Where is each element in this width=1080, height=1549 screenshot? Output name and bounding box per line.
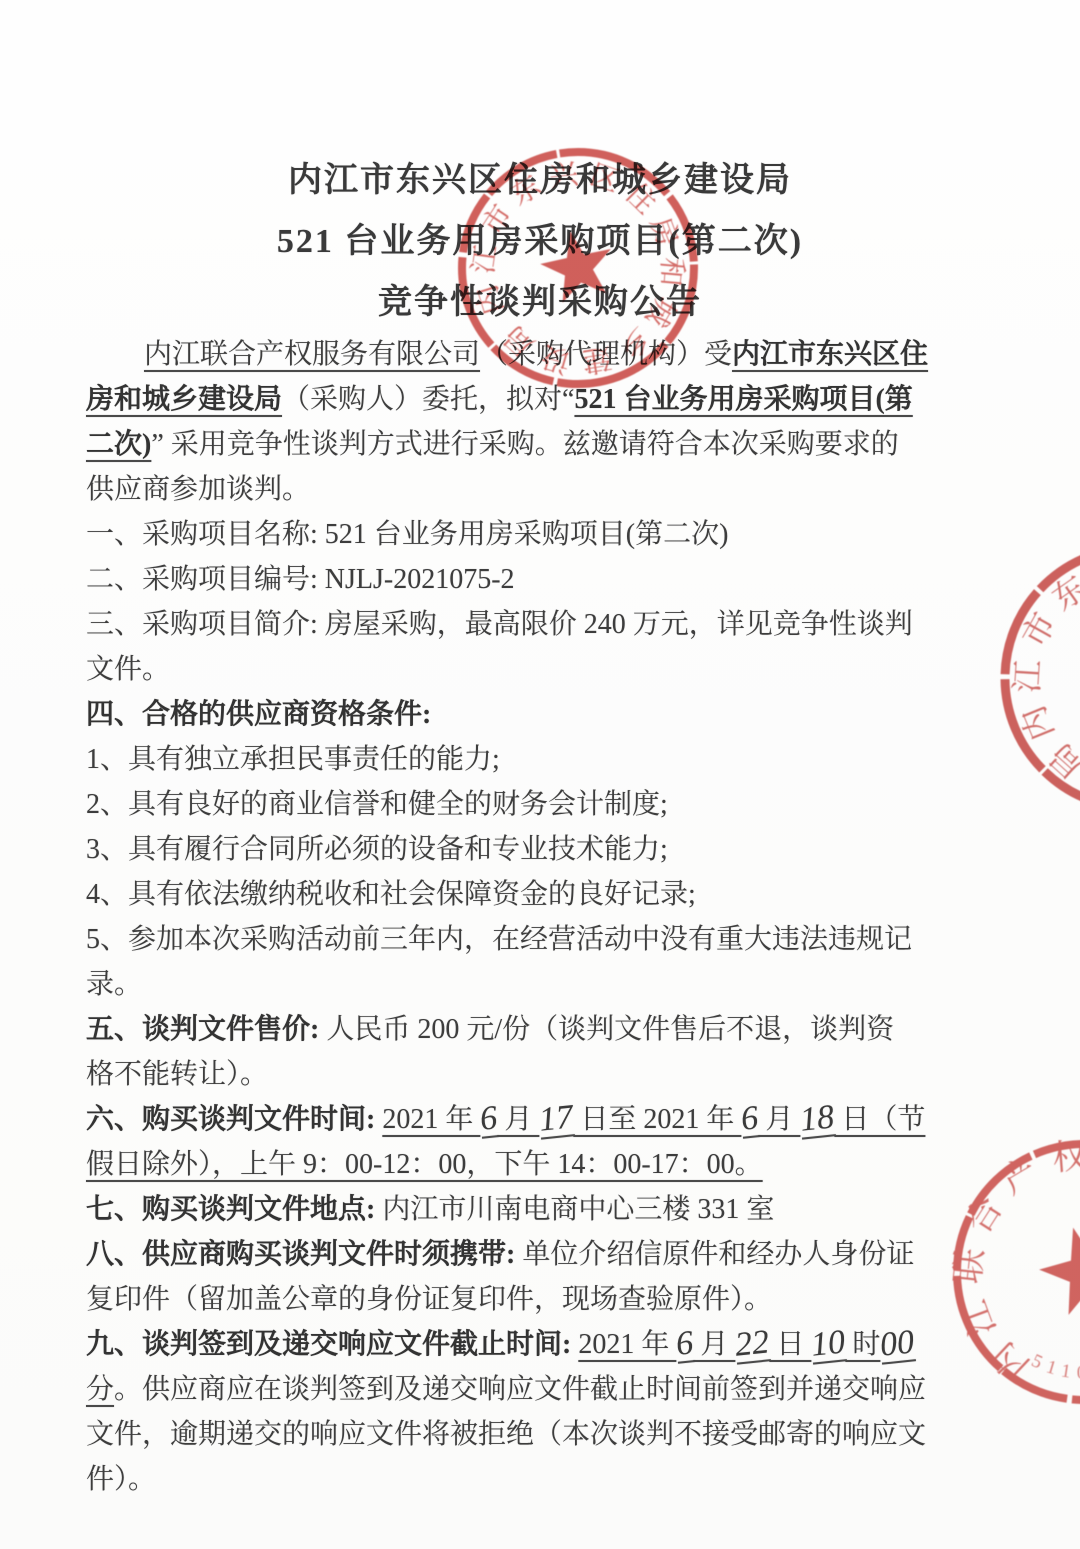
- handwritten-text: 17: [538, 1100, 575, 1137]
- text-segment: 复印件（留加盖公章的身份证复印件，现场查验原件）。: [86, 1284, 772, 1315]
- seal-ring-text: 内江市东兴区住房和城乡建设局: [985, 528, 1080, 828]
- text-segment: 七、购买谈判文件地点:: [86, 1194, 375, 1225]
- document-line: 1、具有独立承担民事责任的能力;: [86, 737, 916, 782]
- text-segment: 3、具有履行合同所必须的设备和专业技术能力;: [86, 834, 668, 865]
- text-segment: 2、具有良好的商业信誉和健全的财务会计制度;: [86, 789, 668, 820]
- text-segment: 六、购买谈判文件时间:: [86, 1104, 382, 1135]
- seal-ring: [957, 1144, 1080, 1400]
- document-line: 分。供应商应在谈判签到及递交响应文件截止时间前签到并递交响应: [86, 1367, 916, 1412]
- text-segment: （采购代理机构）受: [480, 339, 732, 370]
- document-line: 文件，逾期递交的响应文件将被拒绝（本次谈判不接受邮寄的响应文: [86, 1412, 916, 1457]
- document-line: 格不能转让）。: [86, 1052, 916, 1097]
- text-segment: 月: [497, 1104, 539, 1135]
- document-line: 六、购买谈判文件时间: 2021 年 6 月 17 日至 2021 年 6 月 …: [86, 1097, 916, 1142]
- text-segment: 月: [693, 1329, 735, 1360]
- text-segment: 时: [845, 1329, 880, 1360]
- document-line: 3、具有履行合同所必须的设备和专业技术能力;: [86, 827, 916, 872]
- document-line: 二次)” 采用竞争性谈判方式进行采购。兹邀请符合本次采购要求的: [86, 422, 916, 467]
- text-segment: 录。: [86, 969, 142, 1000]
- text-segment: 九、谈判签到及递交响应文件截止时间:: [86, 1329, 578, 1360]
- handwritten-text: 10: [810, 1325, 847, 1362]
- document-line: 文件。: [86, 647, 916, 692]
- text-segment: 八、供应商购买谈判文件时须携带:: [86, 1239, 515, 1270]
- document-line: 七、购买谈判文件地点: 内江市川南电商中心三楼 331 室: [86, 1187, 916, 1232]
- title-line-3: 竞争性谈判采购公告: [0, 272, 1080, 333]
- document-body: 内江联合产权服务有限公司（采购代理机构）受内江市东兴区住房和城乡建设局（采购人）…: [86, 332, 916, 1502]
- text-segment: 日: [769, 1329, 811, 1360]
- text-segment: 2021 年: [382, 1104, 480, 1135]
- document-line: 供应商参加谈判。: [86, 467, 916, 512]
- text-segment: 日至 2021 年: [573, 1104, 741, 1135]
- star-icon: [1031, 1216, 1080, 1319]
- document-line: 5、参加本次采购活动前三年内，在经营活动中没有重大违法违规记: [86, 917, 916, 962]
- text-segment: 单位介绍信原件和经办人身份证: [515, 1239, 914, 1270]
- document-line: 复印件（留加盖公章的身份证复印件，现场查验原件）。: [86, 1277, 916, 1322]
- text-segment: 。供应商应在谈判签到及递交响应文件截止时间前签到并递交响应: [114, 1374, 926, 1405]
- seal-ring: [1005, 548, 1080, 808]
- document-line: 二、采购项目编号: NJLJ-2021075-2: [86, 557, 916, 602]
- text-segment: 4、具有依法缴纳税收和社会保障资金的良好记录;: [86, 879, 696, 910]
- text-segment: 内江联合产权服务有限公司: [144, 339, 480, 370]
- text-segment: 五、谈判文件售价:: [86, 1014, 319, 1045]
- document-line: 内江联合产权服务有限公司（采购代理机构）受内江市东兴区住: [86, 332, 916, 377]
- text-segment: 月: [758, 1104, 800, 1135]
- text-segment: ” 采用竞争性谈判方式进行采购。兹邀请符合本次采购要求的: [151, 429, 898, 460]
- seal-code: 5110115: [1028, 1350, 1080, 1383]
- document-line: 录。: [86, 962, 916, 1007]
- document-line: 四、合格的供应商资格条件:: [86, 692, 916, 737]
- text-segment: 格不能转让）。: [86, 1059, 268, 1090]
- document-line: 房和城乡建设局（采购人）委托，拟对“521 台业务用房采购项目(第: [86, 377, 916, 422]
- document-page: 内江市东兴区住房和城乡建设局 521 台业务用房采购项目(第二次) 竞争性谈判采…: [0, 0, 1080, 1549]
- text-segment: 内江市川南电商中心三楼 331 室: [375, 1194, 774, 1225]
- seal-ring-text: 内江联合产权服务有限公司: [923, 1110, 1080, 1434]
- document-line: 假日除外），上午 9：00-12：00，下午 14：00-17：00。: [86, 1142, 916, 1187]
- text-segment: （采购人）委托，拟对“: [282, 384, 574, 415]
- document-line: 八、供应商购买谈判文件时须携带: 单位介绍信原件和经办人身份证: [86, 1232, 916, 1277]
- text-segment: 2021 年: [578, 1329, 676, 1360]
- text-segment: 文件。: [86, 654, 170, 685]
- document-line: 一、采购项目名称: 521 台业务用房采购项目(第二次): [86, 512, 916, 557]
- text-segment: 日（节: [834, 1104, 925, 1135]
- official-seal-right: 内江市东兴区住房和城乡建设局: [985, 528, 1080, 828]
- text-segment: 二、采购项目编号: NJLJ-2021075-2: [86, 564, 515, 595]
- document-line: 五、谈判文件售价: 人民币 200 元/份（谈判文件售后不退，谈判资: [86, 1007, 916, 1052]
- handwritten-text: 00: [879, 1325, 916, 1362]
- text-segment: 文件，逾期递交的响应文件将被拒绝（本次谈判不接受邮寄的响应文: [86, 1419, 926, 1450]
- text-segment: 521 台业务用房采购项目(第: [574, 384, 912, 415]
- document-title: 内江市东兴区住房和城乡建设局 521 台业务用房采购项目(第二次) 竞争性谈判采…: [0, 150, 1080, 333]
- text-segment: 一、采购项目名称: 521 台业务用房采购项目(第二次): [86, 519, 728, 550]
- text-segment: 5、参加本次采购活动前三年内，在经营活动中没有重大违法违规记: [86, 924, 912, 955]
- text-segment: 供应商参加谈判。: [86, 474, 310, 505]
- document-line: 三、采购项目简介: 房屋采购，最高限价 240 万元，详见竞争性谈判: [86, 602, 916, 647]
- document-line: 九、谈判签到及递交响应文件截止时间: 2021 年 6 月 22 日 10 时0…: [86, 1322, 916, 1367]
- text-segment: 人民币 200 元/份（谈判文件售后不退，谈判资: [319, 1014, 894, 1045]
- text-segment: 分: [86, 1374, 114, 1405]
- text-segment: 假日除外），上午 9：00-12：00，下午 14：00-17：00。: [86, 1149, 763, 1180]
- title-line-1: 内江市东兴区住房和城乡建设局: [0, 150, 1080, 211]
- handwritten-text: 22: [734, 1325, 771, 1362]
- handwritten-text: 18: [799, 1100, 836, 1137]
- title-line-2: 521 台业务用房采购项目(第二次): [0, 211, 1080, 272]
- text-segment: 四、合格的供应商资格条件:: [86, 699, 431, 730]
- official-seal-bottom: 内江联合产权服务有限公司 5110115: [923, 1110, 1080, 1434]
- text-segment: 1、具有独立承担民事责任的能力;: [86, 744, 500, 775]
- text-segment: 内江市东兴区住: [732, 339, 928, 370]
- text-segment: 二次): [86, 429, 151, 460]
- document-line: 2、具有良好的商业信誉和健全的财务会计制度;: [86, 782, 916, 827]
- document-line: 件）。: [86, 1457, 916, 1502]
- text-segment: 房和城乡建设局: [86, 384, 282, 415]
- text-segment: 三、采购项目简介: 房屋采购，最高限价 240 万元，详见竞争性谈判: [86, 609, 913, 640]
- text-segment: 件）。: [86, 1464, 156, 1495]
- document-line: 4、具有依法缴纳税收和社会保障资金的良好记录;: [86, 872, 916, 917]
